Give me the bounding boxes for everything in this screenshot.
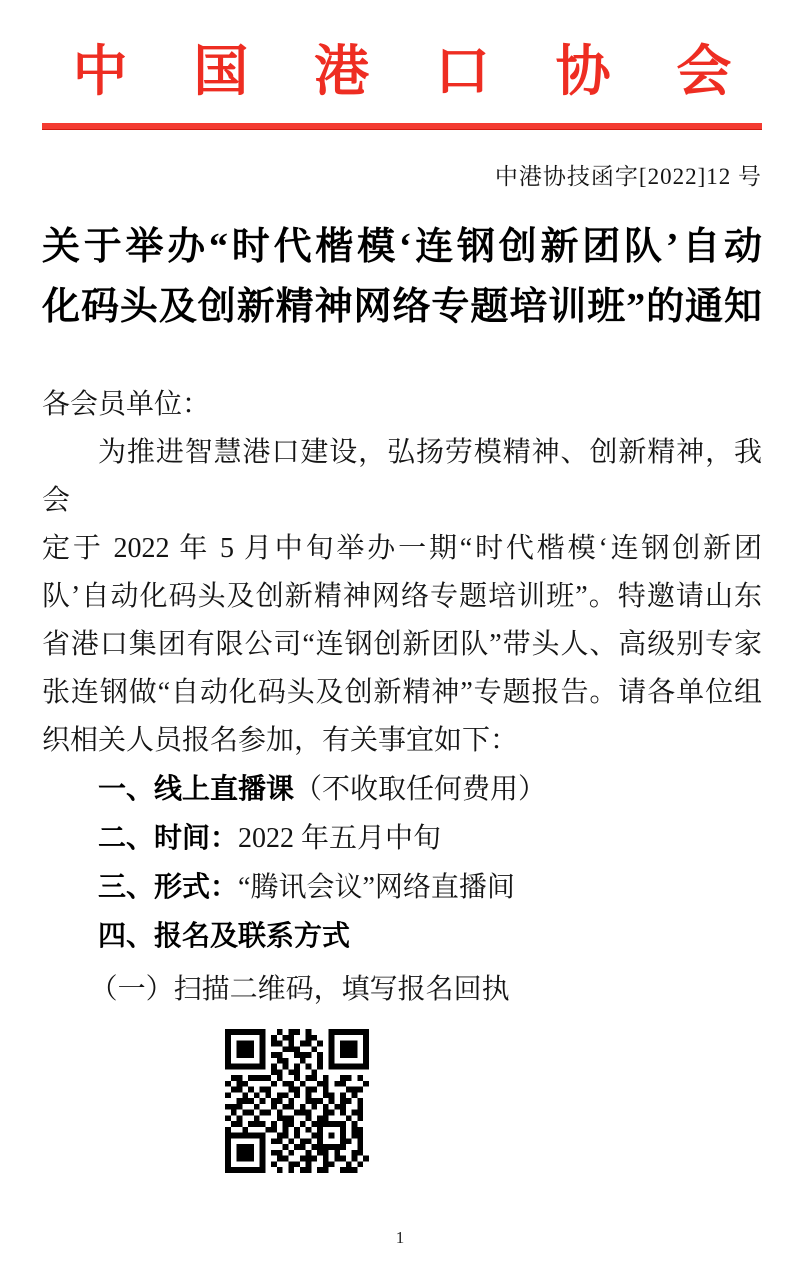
notice-title-line-2: 化码头及创新精神网络专题培训班”的通知 xyxy=(42,277,762,337)
list-item-1: 一、线上直播课（不收取任何费用） xyxy=(42,765,762,814)
list-item-2-text: 2022 年五月中旬 xyxy=(238,823,441,854)
organization-title: 中 国 港 口 协 会 xyxy=(42,40,762,103)
list-item-1-label: 一、线上直播课 xyxy=(98,773,294,804)
list-item-3-label: 三、形式： xyxy=(98,871,238,902)
paragraph-line: 省港口集团有限公司“连钢创新团队”带头人、高级别专家 xyxy=(42,621,762,669)
salutation: 各会员单位： xyxy=(42,381,762,429)
list-item-4: 四、报名及联系方式 xyxy=(42,912,762,961)
registration-qr-code xyxy=(225,1029,369,1173)
list-item-2: 二、时间：2022 年五月中旬 xyxy=(42,814,762,863)
qr-code-image xyxy=(225,1029,369,1173)
paragraph-line: 织相关人员报名参加，有关事宜如下： xyxy=(42,717,762,765)
notice-title: 关于举办“时代楷模‘连钢创新团队’自动 化码头及创新精神网络专题培训班”的通知 xyxy=(42,217,762,337)
notice-title-line-1: 关于举办“时代楷模‘连钢创新团队’自动 xyxy=(42,217,762,277)
letterhead-divider xyxy=(42,123,762,130)
sub-item-scan-qr: （一）扫描二维码，填写报名回执 xyxy=(42,966,762,1014)
paragraph-line: 张连钢做“自动化码头及创新精神”专题报告。请各单位组 xyxy=(42,669,762,717)
document-reference-number: 中港协技函字[2022]12 号 xyxy=(42,158,762,191)
list-item-3: 三、形式：“腾讯会议”网络直播间 xyxy=(42,863,762,912)
paragraph-line: 队’自动化码头及创新精神网络专题培训班”。特邀请山东 xyxy=(42,573,762,621)
list-item-2-label: 二、时间： xyxy=(98,822,238,853)
list-item-4-label: 四、报名及联系方式 xyxy=(98,920,350,951)
page-number: 1 xyxy=(0,1228,800,1248)
notice-document-page: 中 国 港 口 协 会 中港协技函字[2022]12 号 关于举办“时代楷模‘连… xyxy=(0,0,800,1276)
notice-body: 各会员单位： 为推进智慧港口建设，弘扬劳模精神、创新精神，我会 定于 2022 … xyxy=(42,381,762,1173)
list-item-1-text: （不收取任何费用） xyxy=(294,774,546,805)
paragraph-line: 为推进智慧港口建设，弘扬劳模精神、创新精神，我会 xyxy=(42,429,762,525)
list-item-3-text: “腾讯会议”网络直播间 xyxy=(238,872,515,903)
paragraph-line: 定于 2022 年 5 月中旬举办一期“时代楷模‘连钢创新团 xyxy=(42,525,762,573)
